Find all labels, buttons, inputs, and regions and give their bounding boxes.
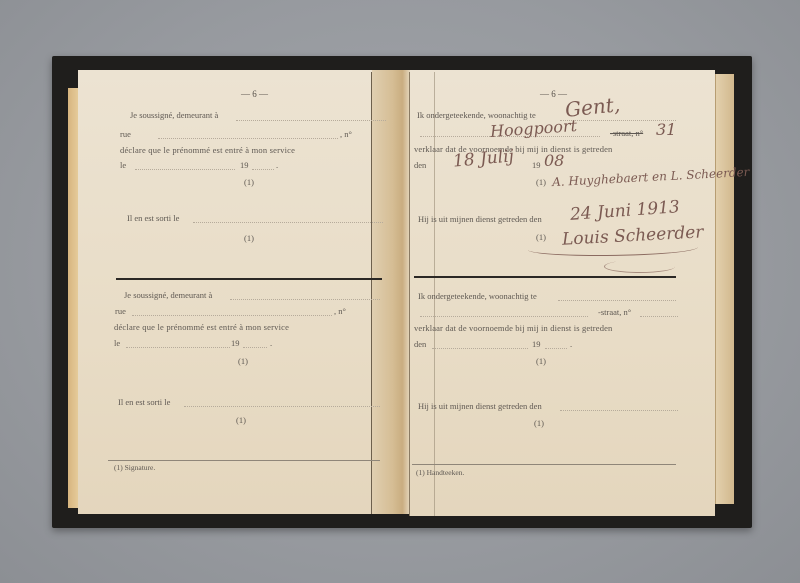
form-text: . xyxy=(276,160,278,170)
form-text: . xyxy=(270,338,272,348)
form-text: , n° xyxy=(334,306,346,316)
section-divider xyxy=(116,278,382,280)
signature-marker: (1) xyxy=(534,418,544,428)
form-text: 19 xyxy=(240,160,249,170)
form-text: den xyxy=(414,339,426,349)
form-text: 19 xyxy=(532,160,541,170)
form-text: déclare que le prénommé est entré à mon … xyxy=(120,145,295,155)
form-text: Hij is uit mijnen dienst getreden den xyxy=(418,214,542,224)
blank-field xyxy=(135,169,235,170)
form-text: rue xyxy=(115,306,126,316)
blank-field xyxy=(236,120,386,121)
form-text: 19 xyxy=(231,338,240,348)
signature-marker: (1) xyxy=(236,415,246,425)
form-text: Il en est sorti le xyxy=(118,397,170,407)
form-text: , n° xyxy=(340,129,352,139)
form-text: le xyxy=(120,160,126,170)
form-text: 19 xyxy=(532,339,541,349)
form-text: Je soussigné, demeurant à xyxy=(124,290,212,300)
form-text: verklaar dat de voornoemde bij mij in di… xyxy=(414,323,612,333)
gutter-crease-right xyxy=(409,72,410,516)
right-page-edge xyxy=(715,74,734,504)
footnote: (1) Signature. xyxy=(114,463,155,472)
blank-field xyxy=(420,316,588,317)
form-text: -straat, n° xyxy=(598,307,631,317)
page-number: — 6 — xyxy=(241,89,268,99)
form-text: Il en est sorti le xyxy=(127,213,179,223)
signature-marker: (1) xyxy=(244,233,254,243)
signature-marker: (1) xyxy=(244,177,254,187)
blank-field xyxy=(560,410,678,411)
blank-field xyxy=(158,138,338,139)
blank-field xyxy=(230,299,380,300)
form-text: le xyxy=(114,338,120,348)
form-text: . xyxy=(570,339,572,349)
book-gutter xyxy=(372,70,410,514)
form-text: den xyxy=(414,160,426,170)
blank-field xyxy=(243,347,267,348)
form-text: Je soussigné, demeurant à xyxy=(130,110,218,120)
form-text: Hij is uit mijnen dienst getreden den xyxy=(418,401,542,411)
blank-field xyxy=(132,315,332,316)
gutter-crease-left xyxy=(371,72,372,514)
footnote-rule xyxy=(108,460,380,461)
form-text: -straat, n° xyxy=(610,128,643,138)
section-divider xyxy=(414,276,676,278)
signature-flourish xyxy=(604,260,675,273)
footnote-rule xyxy=(412,464,676,465)
blank-field xyxy=(545,348,567,349)
blank-field xyxy=(640,316,678,317)
signature-marker: (1) xyxy=(536,356,546,366)
blank-field xyxy=(432,348,528,349)
blank-field xyxy=(558,300,676,301)
handwritten-entry-year: 08 xyxy=(544,151,564,170)
form-text: Ik ondergeteekende, woonachtig te xyxy=(417,110,536,120)
form-text: déclare que le prénommé est entré à mon … xyxy=(114,322,289,332)
blank-field xyxy=(193,222,383,223)
blank-field xyxy=(252,169,274,170)
signature-marker: (1) xyxy=(536,177,546,187)
form-text: rue xyxy=(120,129,131,139)
form-text: Ik ondergeteekende, woonachtig te xyxy=(418,291,537,301)
blank-field xyxy=(126,347,230,348)
signature-marker: (1) xyxy=(238,356,248,366)
blank-field xyxy=(184,406,380,407)
handwritten-number: 31 xyxy=(656,120,676,139)
footnote: (1) Handteeken. xyxy=(416,468,464,477)
